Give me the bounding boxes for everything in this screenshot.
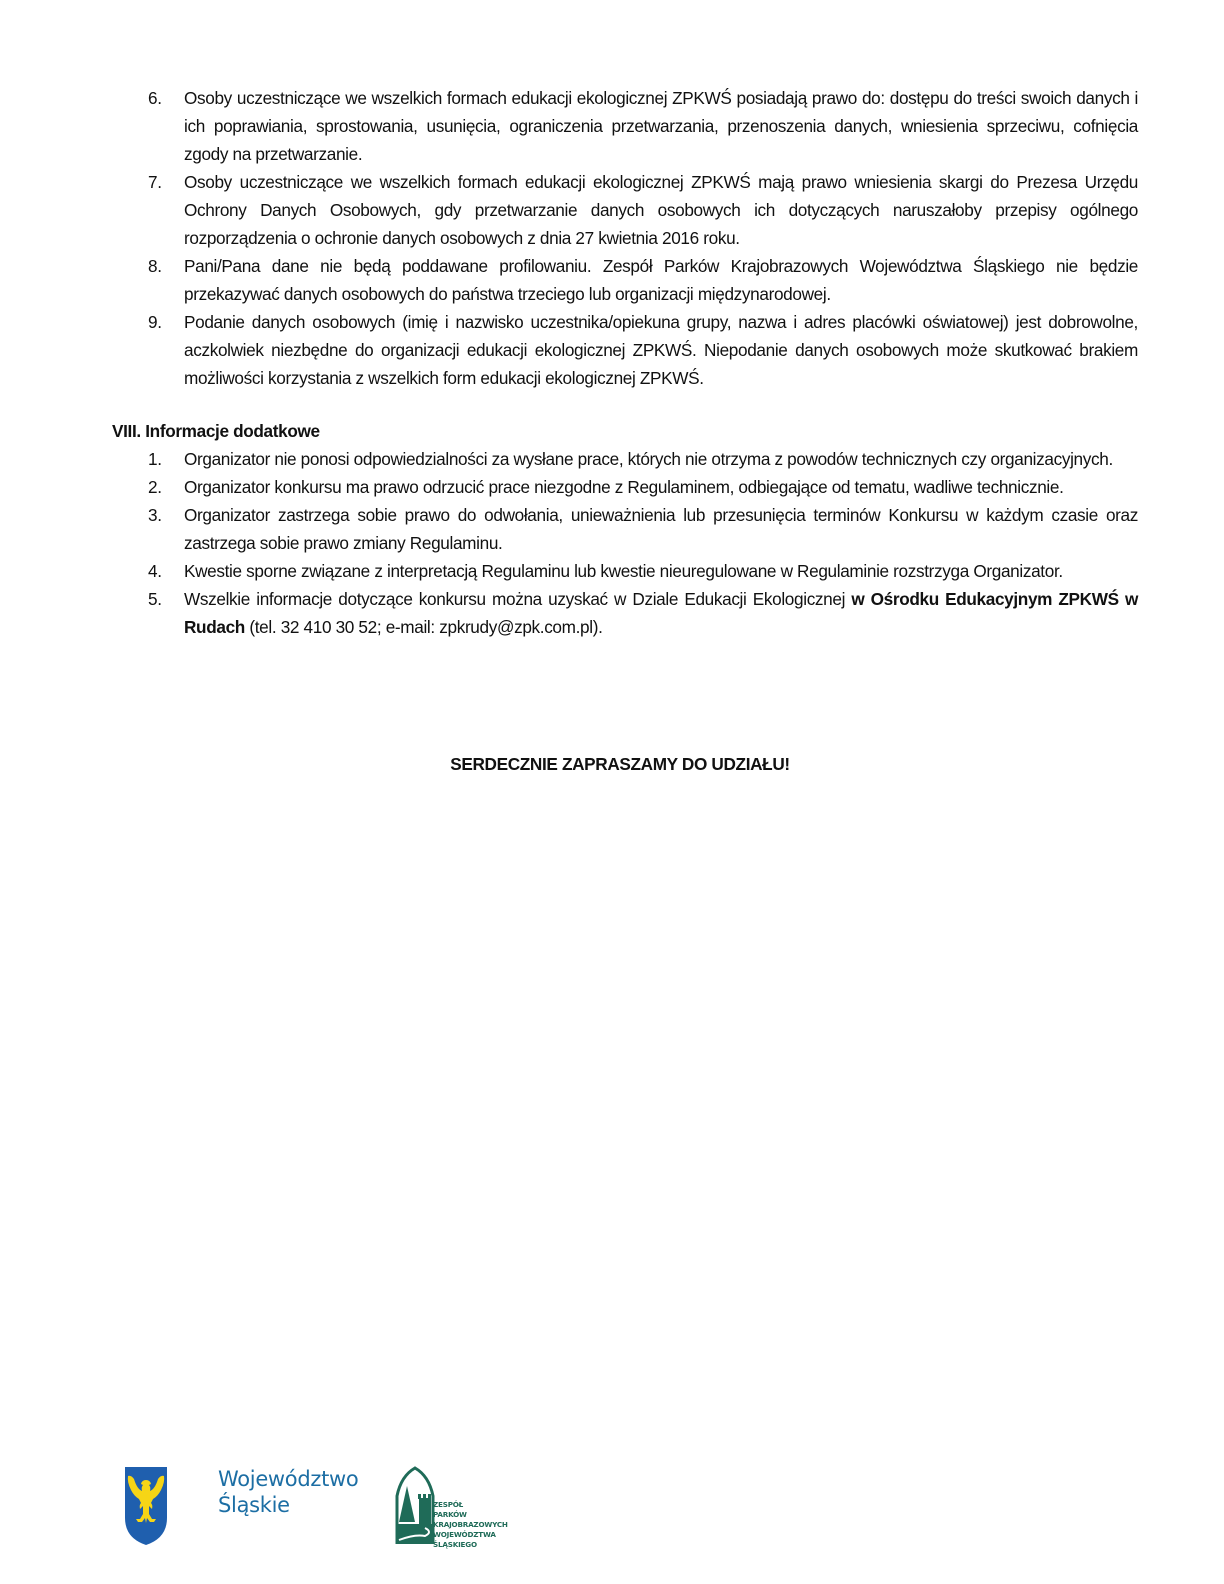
region-name: Województwo Śląskie <box>218 1466 358 1518</box>
item-number: 1. <box>148 445 178 473</box>
region-name-line1: Województwo <box>218 1466 358 1492</box>
item-text: Organizator nie ponosi odpowiedzialności… <box>184 449 1113 469</box>
item-text: Osoby uczestniczące we wszelkich formach… <box>184 88 1138 164</box>
list-item: 9. Podanie danych osobowych (imię i nazw… <box>148 308 1138 392</box>
item-text: Wszelkie informacje dotyczące konkursu m… <box>184 589 1138 637</box>
item-number: 2. <box>148 473 178 501</box>
item-number: 7. <box>148 168 178 196</box>
zpkws-name-line: ZESPÓŁ <box>433 1500 508 1510</box>
zpkws-name-line: ŚLĄSKIEGO <box>433 1540 508 1550</box>
document-page: 6. Osoby uczestniczące we wszelkich form… <box>0 0 1224 1584</box>
zpkws-name-line: WOJEWÓDZTWA <box>433 1530 508 1540</box>
list-item: 8. Pani/Pana dane nie będą poddawane pro… <box>148 252 1138 308</box>
item-number: 5. <box>148 585 178 613</box>
item-text-before: Wszelkie informacje dotyczące konkursu m… <box>184 589 851 609</box>
zpkws-name: ZESPÓŁ PARKÓW KRAJOBRAZOWYCH WOJEWÓDZTWA… <box>433 1500 508 1550</box>
wojewodztwo-slaskie-logo: Województwo Śląskie <box>124 1464 364 1546</box>
item-text-after: (tel. 32 410 30 52; e-mail: zpkrudy@zpk.… <box>245 617 603 637</box>
list-item: 6. Osoby uczestniczące we wszelkich form… <box>148 84 1138 168</box>
item-text: Osoby uczestniczące we wszelkich formach… <box>184 172 1138 248</box>
section-heading: VIII. Informacje dodatkowe <box>112 417 320 445</box>
zpkws-name-line: KRAJOBRAZOWYCH <box>433 1520 508 1530</box>
item-text: Pani/Pana dane nie będą poddawane profil… <box>184 256 1138 304</box>
list-item: 4. Kwestie sporne związane z interpretac… <box>148 557 1138 585</box>
list-item: 5. Wszelkie informacje dotyczące konkurs… <box>148 585 1138 641</box>
data-protection-list: 6. Osoby uczestniczące we wszelkich form… <box>148 84 1138 392</box>
item-text: Podanie danych osobowych (imię i nazwisk… <box>184 312 1138 388</box>
list-item: 7. Osoby uczestniczące we wszelkich form… <box>148 168 1138 252</box>
item-text: Organizator konkursu ma prawo odrzucić p… <box>184 477 1064 497</box>
zpkws-name-line: PARKÓW <box>433 1510 508 1520</box>
item-text: Organizator zastrzega sobie prawo do odw… <box>184 505 1138 553</box>
item-text: Kwestie sporne związane z interpretacją … <box>184 561 1063 581</box>
list-item: 3. Organizator zastrzega sobie prawo do … <box>148 501 1138 557</box>
closing-invitation: SERDECZNIE ZAPRASZAMY DO UDZIAŁU! <box>0 750 1224 778</box>
list-item: 2. Organizator konkursu ma prawo odrzuci… <box>148 473 1138 501</box>
item-number: 3. <box>148 501 178 529</box>
tower-tree-river-icon <box>395 1466 435 1546</box>
region-name-line2: Śląskie <box>218 1492 358 1518</box>
zpkws-logo: ZESPÓŁ PARKÓW KRAJOBRAZOWYCH WOJEWÓDZTWA… <box>395 1464 525 1546</box>
item-number: 9. <box>148 308 178 336</box>
item-number: 6. <box>148 84 178 112</box>
list-item: 1. Organizator nie ponosi odpowiedzialno… <box>148 445 1138 473</box>
item-number: 8. <box>148 252 178 280</box>
silesian-eagle-shield-icon <box>124 1466 168 1546</box>
item-number: 4. <box>148 557 178 585</box>
additional-info-list: 1. Organizator nie ponosi odpowiedzialno… <box>148 445 1138 641</box>
